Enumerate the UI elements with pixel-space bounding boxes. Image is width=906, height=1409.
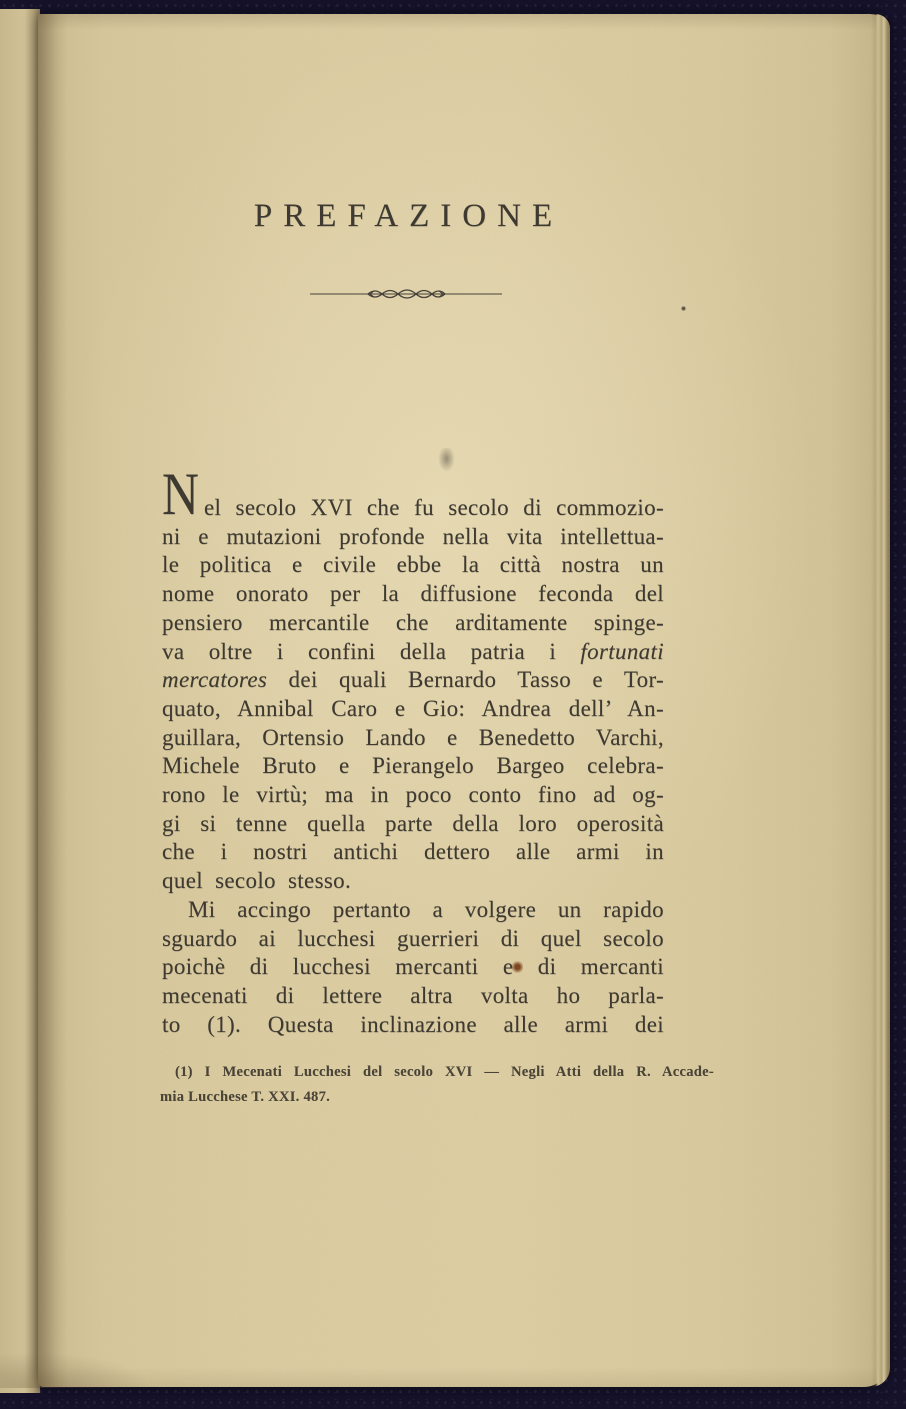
text-line: gi si tenne quella parte della loro oper… <box>162 810 664 839</box>
text-segment: gi si tenne quella parte della loro oper… <box>162 811 664 836</box>
text-segment: nome onorato per la diffusione feconda d… <box>162 581 664 606</box>
text-line: nome onorato per la diffusione feconda d… <box>162 580 664 609</box>
text-line: rono le virtù; ma in poco conto fino ad … <box>162 781 664 810</box>
gutter-shadow <box>38 14 68 1387</box>
text-segment: guillara, Ortensio Lando e Benedetto Var… <box>162 725 664 750</box>
body-text: Nel secolo XVI che fu secolo di commozio… <box>162 494 664 1039</box>
photo-background: PREFAZIONE Nel secolo XVI che fu secolo … <box>0 0 906 1409</box>
adjacent-page-edge <box>0 9 40 1393</box>
italic-text: mercatores <box>162 667 267 692</box>
text-line: ni e mutazioni profonde nella vita intel… <box>162 523 664 552</box>
ink-smudge <box>438 448 455 472</box>
text-line: le politica e civile ebbe la città nostr… <box>162 551 664 580</box>
text-line: Mi accingo pertanto a volgere un rapido <box>162 896 664 925</box>
stain-spot <box>512 961 523 973</box>
page-title: PREFAZIONE <box>152 198 654 235</box>
text-line: mecenati di lettere altra volta ho parla… <box>162 982 664 1011</box>
text-segment: le politica e civile ebbe la città nostr… <box>162 552 664 577</box>
text-segment: to (1). Questa inclinazione alle armi de… <box>162 1012 664 1037</box>
text-segment: sguardo ai lucchesi guerrieri di quel se… <box>162 926 664 951</box>
text-line: che i nostri antichi dettero alle armi i… <box>162 838 664 867</box>
paragraph: Nel secolo XVI che fu secolo di commozio… <box>162 494 664 896</box>
footnote-line: mia Lucchese T. XXI. 487. <box>160 1085 714 1109</box>
text-segment: el secolo XVI che fu secolo di commozio- <box>204 495 664 520</box>
text-segment: Mi accingo pertanto a volgere un rapido <box>188 897 664 922</box>
text-segment: quato, Annibal Caro e Gio: Andrea dell’ … <box>162 696 664 721</box>
divider-ornament-icon <box>310 286 502 302</box>
italic-text: fortunati <box>580 639 664 664</box>
text-line: va oltre i confini della patria i fortun… <box>162 638 664 667</box>
text-segment: rono le virtù; ma in poco conto fino ad … <box>162 782 664 807</box>
text-segment: che i nostri antichi dettero alle armi i… <box>162 839 664 864</box>
text-line: mercatores dei quali Bernardo Tasso e To… <box>162 666 664 695</box>
text-segment: pensiero mercantile che arditamente spin… <box>162 610 664 635</box>
text-line: pensiero mercantile che arditamente spin… <box>162 609 664 638</box>
text-segment: ni e mutazioni profonde nella vita intel… <box>162 524 664 549</box>
text-line: quato, Annibal Caro e Gio: Andrea dell’ … <box>162 695 664 724</box>
dark-speck <box>681 306 686 311</box>
text-line: Nel secolo XVI che fu secolo di commozio… <box>162 494 664 523</box>
footnote: (1) I Mecenati Lucchesi del secolo XVI —… <box>160 1060 714 1109</box>
book-page: PREFAZIONE Nel secolo XVI che fu secolo … <box>38 14 890 1387</box>
text-segment: va oltre i confini della patria i <box>162 639 580 664</box>
text-segment: quel secolo stesso. <box>162 868 351 893</box>
drop-cap-initial: N <box>162 464 199 524</box>
text-segment: mecenati di lettere altra volta ho parla… <box>162 983 664 1008</box>
text-line: guillara, Ortensio Lando e Benedetto Var… <box>162 724 664 753</box>
text-line: sguardo ai lucchesi guerrieri di quel se… <box>162 925 664 954</box>
footnote-line: (1) I Mecenati Lucchesi del secolo XVI —… <box>160 1060 714 1084</box>
text-line: to (1). Questa inclinazione alle armi de… <box>162 1011 664 1040</box>
text-segment: dei quali Bernardo Tasso e Tor- <box>267 667 664 692</box>
text-line: quel secolo stesso. <box>162 867 664 896</box>
text-segment: poichè di lucchesi mercanti e di mercant… <box>162 954 664 979</box>
text-line: poichè di lucchesi mercanti e di mercant… <box>162 953 664 982</box>
paragraph: Mi accingo pertanto a volgere un rapidos… <box>162 896 664 1040</box>
bottom-page-seam <box>0 1352 150 1388</box>
title-divider <box>155 286 657 302</box>
text-column: PREFAZIONE Nel secolo XVI che fu secolo … <box>162 14 664 1387</box>
page-fore-edge <box>871 14 890 1387</box>
text-segment: Michele Bruto e Pierangelo Bargeo celebr… <box>162 753 664 778</box>
text-line: Michele Bruto e Pierangelo Bargeo celebr… <box>162 752 664 781</box>
